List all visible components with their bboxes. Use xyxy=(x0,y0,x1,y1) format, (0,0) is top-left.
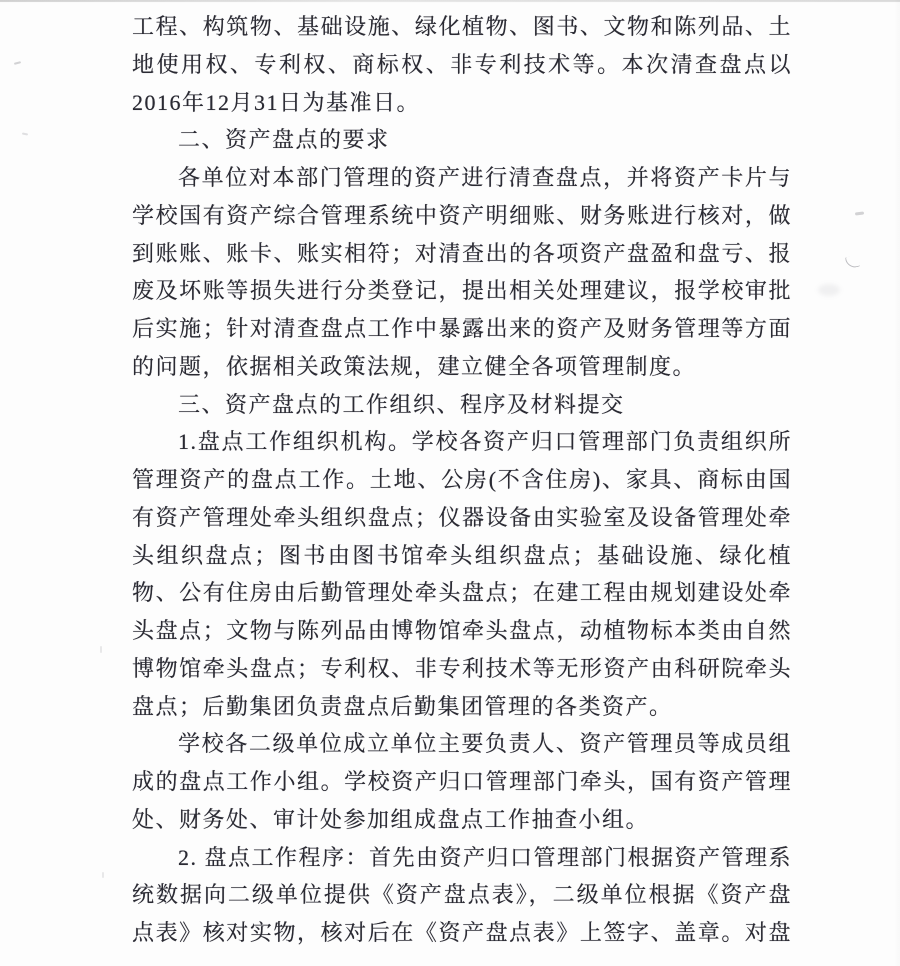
text-line: 管理资产的盘点工作。土地、公房(不含住房)、家具、商标由国 xyxy=(132,461,792,499)
text-line: 到账账、账卡、账实相符；对清查出的各项资产盘盈和盘亏、报 xyxy=(132,235,792,273)
text-line: 学校国有资产综合管理系统中资产明细账、财务账进行核对，做 xyxy=(132,197,792,235)
text-line: 点表》核对实物，核对后在《资产盘点表》上签字、盖章。对盘 xyxy=(132,914,792,952)
text-line: 后实施；针对清查盘点工作中暴露出来的资产及财务管理等方面 xyxy=(132,310,792,348)
text-line: 2016年12月31日为基准日。 xyxy=(132,84,792,122)
text-line: 工程、构筑物、基础设施、绿化植物、图书、文物和陈列品、土 xyxy=(132,8,792,46)
text-line: 博物馆牵头盘点；专利权、非专利技术等无形资产由科研院牵头 xyxy=(132,650,792,688)
text-line: 统数据向二级单位提供《资产盘点表》，二级单位根据《资产盘 xyxy=(132,876,792,914)
text-line: 处、财务处、审计处参加组成盘点工作抽查小组。 xyxy=(132,801,792,839)
scan-mark xyxy=(845,255,860,269)
document-text-block: 工程、构筑物、基础设施、绿化植物、图书、文物和陈列品、土地使用权、专利权、商标权… xyxy=(132,8,792,952)
text-line: 1.盘点工作组织机构。学校各资产归口管理部门负责组织所 xyxy=(132,423,792,461)
scan-speck xyxy=(102,872,104,878)
text-line: 成的盘点工作小组。学校资产归口管理部门牵头，国有资产管理 xyxy=(132,763,792,801)
text-line: 学校各二级单位成立单位主要负责人、资产管理员等成员组 xyxy=(132,725,792,763)
scan-speck xyxy=(100,646,102,653)
scan-smudge xyxy=(818,284,840,296)
scan-top-edge xyxy=(0,0,900,2)
text-line: 的问题，依据相关政策法规，建立健全各项管理制度。 xyxy=(132,348,792,386)
text-line: 地使用权、专利权、商标权、非专利技术等。本次清查盘点以 xyxy=(132,46,792,84)
text-line: 盘点；后勤集团负责盘点后勤集团管理的各类资产。 xyxy=(132,688,792,726)
scanned-document-page: 工程、构筑物、基础设施、绿化植物、图书、文物和陈列品、土地使用权、专利权、商标权… xyxy=(0,0,900,966)
text-line: 废及坏账等损失进行分类登记，提出相关处理建议，报学校审批 xyxy=(132,272,792,310)
text-line: 各单位对本部门管理的资产进行清查盘点，并将资产卡片与 xyxy=(132,159,792,197)
scan-speck xyxy=(22,132,28,135)
text-line: 二、资产盘点的要求 xyxy=(132,121,792,159)
scan-speck xyxy=(855,211,864,215)
text-line: 物、公有住房由后勤管理处牵头盘点；在建工程由规划建设处牵 xyxy=(132,574,792,612)
text-line: 三、资产盘点的工作组织、程序及材料提交 xyxy=(132,386,792,424)
text-line: 2. 盘点工作程序：首先由资产归口管理部门根据资产管理系 xyxy=(132,839,792,877)
text-line: 头组织盘点；图书由图书馆牵头组织盘点；基础设施、绿化植 xyxy=(132,537,792,575)
scan-speck xyxy=(14,61,21,65)
text-line: 头盘点；文物与陈列品由博物馆牵头盘点，动植物标本类由自然 xyxy=(132,612,792,650)
text-line: 有资产管理处牵头组织盘点；仪器设备由实验室及设备管理处牵 xyxy=(132,499,792,537)
